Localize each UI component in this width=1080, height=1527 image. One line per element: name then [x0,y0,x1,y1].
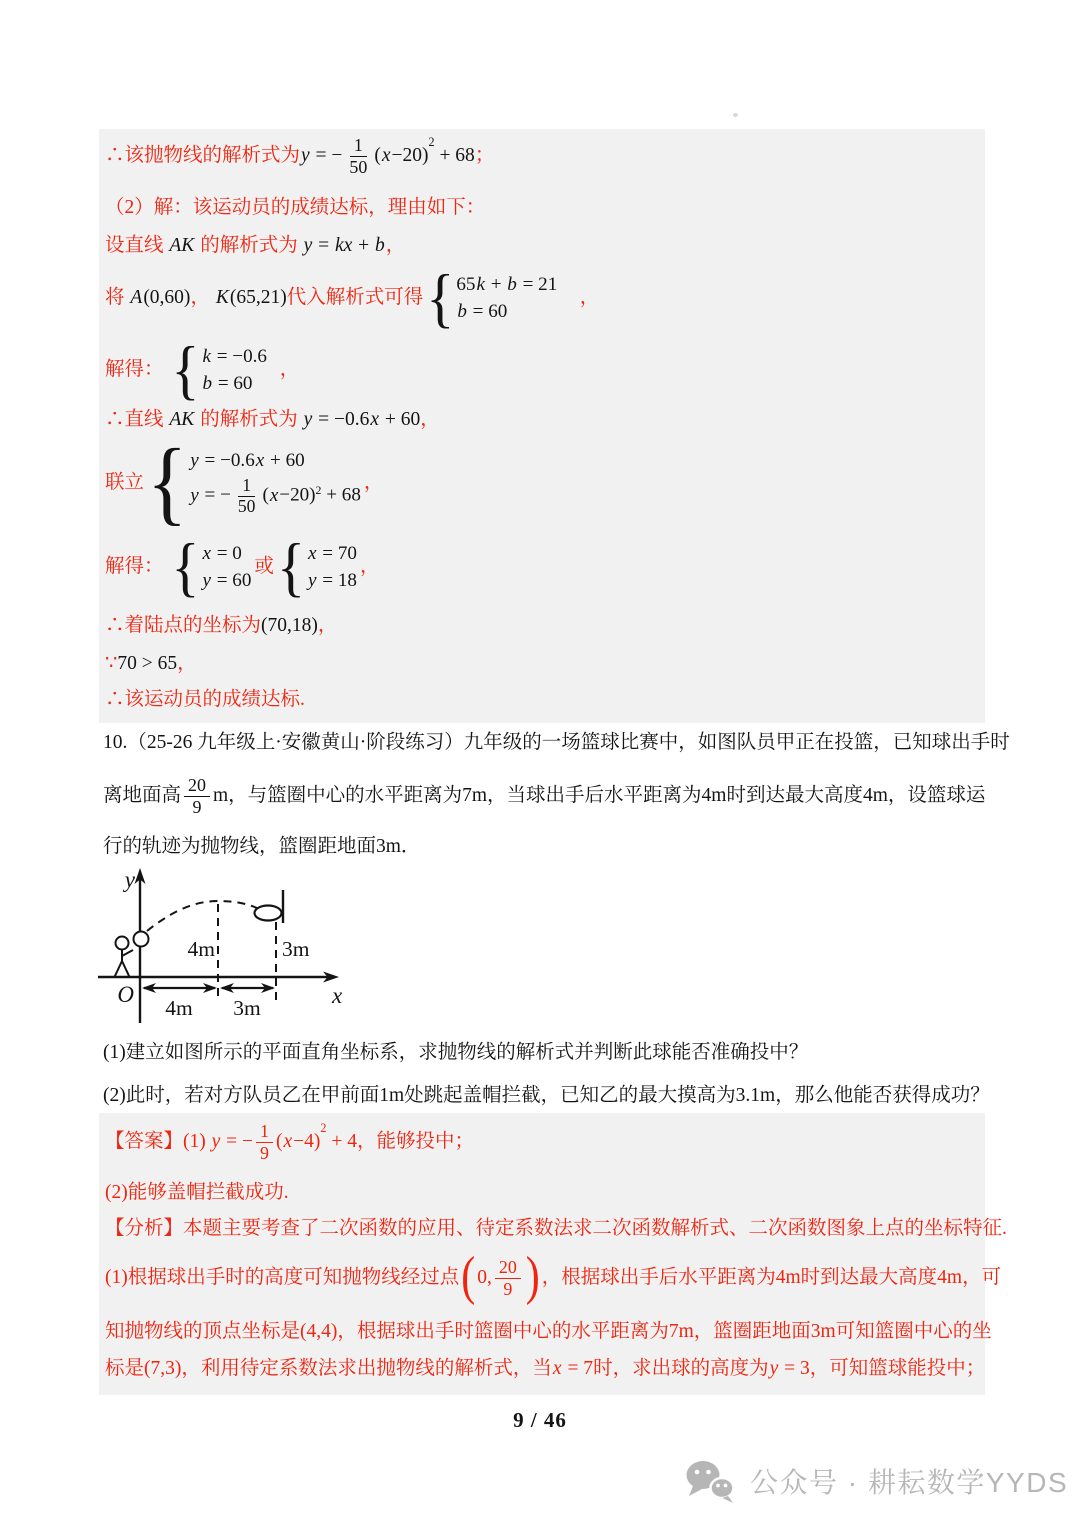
solution-line-11: ∴该运动员的成绩达标. [105,686,985,714]
solution-line-9: ∴着陆点的坐标为(70,18)， [105,610,985,642]
question-2: (2)此时，若对方队员乙在甲前面1m处跳起盖帽拦截，已知乙的最大摸高为3.1m，… [103,1081,1063,1111]
peak-height-label: 4m [188,937,216,961]
problem-line-1: 10.（25-26 九年级上·安徽黄山·阶段练习）九年级的一场篮球比赛中，如图队… [103,728,1063,758]
analysis-line-1: 【分析】本题主要考查了二次函数的应用、待定系数法求二次函数解析式、二次函数图象上… [105,1215,985,1243]
problem-line-2: 离地面高209m，与篮圈中心的水平距离为7m，当球出手后水平距离为4m时到达最大… [103,768,1063,824]
distance-2-label: 3m [233,996,261,1020]
problem-line-3: 行的轨迹为抛物线，篮圈距地面3m． [103,832,1063,862]
answer-panel: 【答案】(1) y = −19(x−4)2 + 4，能够投中； (2)能够盖帽拦… [99,1113,985,1395]
answer-line-2: (2)能够盖帽拦截成功. [105,1179,985,1207]
solution-panel: ∴该抛物线的解析式为y = −150(x−20)2 + 68； （2）解：该运动… [99,129,985,723]
solution-line-3: 设直线 AK 的解析式为 y = kx + b， [105,231,985,261]
page-number: 9 / 46 [0,1408,1080,1433]
problem-statement: 10.（25-26 九年级上·安徽黄山·阶段练习）九年级的一场篮球比赛中，如图队… [99,728,1063,862]
document-page: { "colors": {"accent_red":"#f0240f","pan… [0,0,1080,1527]
footer-account-label: 公众号 · 耕耘数学YYDS [750,1461,1068,1501]
solution-line-6: ∴直线 AK 的解析式为 y = −0.6x + 60， [105,405,985,435]
player-figure [115,937,134,978]
solution-line-7: 联立{y = −0.6x + 60y = −150(x−20)2 + 68， [105,437,985,529]
answer-line-1: 【答案】(1) y = −19(x−4)2 + 4，能够投中； [105,1115,985,1169]
solution-line-4: 将 A(0,60)， K(65,21)代入解析式可得{65k + b = 21b… [105,265,985,331]
scan-artifact-dot [733,113,738,117]
distance-1-label: 4m [165,996,193,1020]
solution-line-5: 解得： {k = −0.6b = 60 ， [105,341,985,399]
solution-line-2: （2）解：该运动员的成绩达标，理由如下： [105,193,985,223]
coordinate-figure: y x O 4m 3m 4m 3m [95,860,445,1035]
solution-line-8: 解得： {x = 0y = 60或{x = 70y = 18， [105,537,985,597]
solution-line-1: ∴该抛物线的解析式为y = −150(x−20)2 + 68； [105,129,985,183]
analysis-line-2: (1)根据球出手时的高度可知抛物线经过点(0,209)，根据球出手后水平距离为4… [105,1247,985,1309]
footer-watermark: 公众号 · 耕耘数学YYDS [683,1458,1068,1504]
wechat-icon [683,1458,737,1504]
analysis-line-3: 知抛物线的顶点坐标是(4,4)，根据球出手时篮圈中心的水平距离为7m，篮圈距地面… [105,1317,985,1347]
hoop [255,906,282,921]
problem-questions: (1)建立如图所示的平面直角坐标系，求抛物线的解析式并判断此球能否准确投中？ (… [99,1038,1063,1111]
trajectory-parabola [147,901,265,931]
hoop-height-label: 3m [282,937,310,961]
distance-arrows [142,983,275,993]
question-1: (1)建立如图所示的平面直角坐标系，求抛物线的解析式并判断此球能否准确投中？ [103,1038,1063,1068]
analysis-line-4: 标是(7,3)，利用待定系数法求出抛物线的解析式，当x = 7时，求出球的高度为… [105,1353,985,1385]
x-axis-label: x [331,983,343,1008]
solution-line-10: ∵70 > 65， [105,650,985,678]
origin-label: O [117,982,134,1007]
y-axis-label: y [123,867,136,892]
basketball [134,932,149,947]
